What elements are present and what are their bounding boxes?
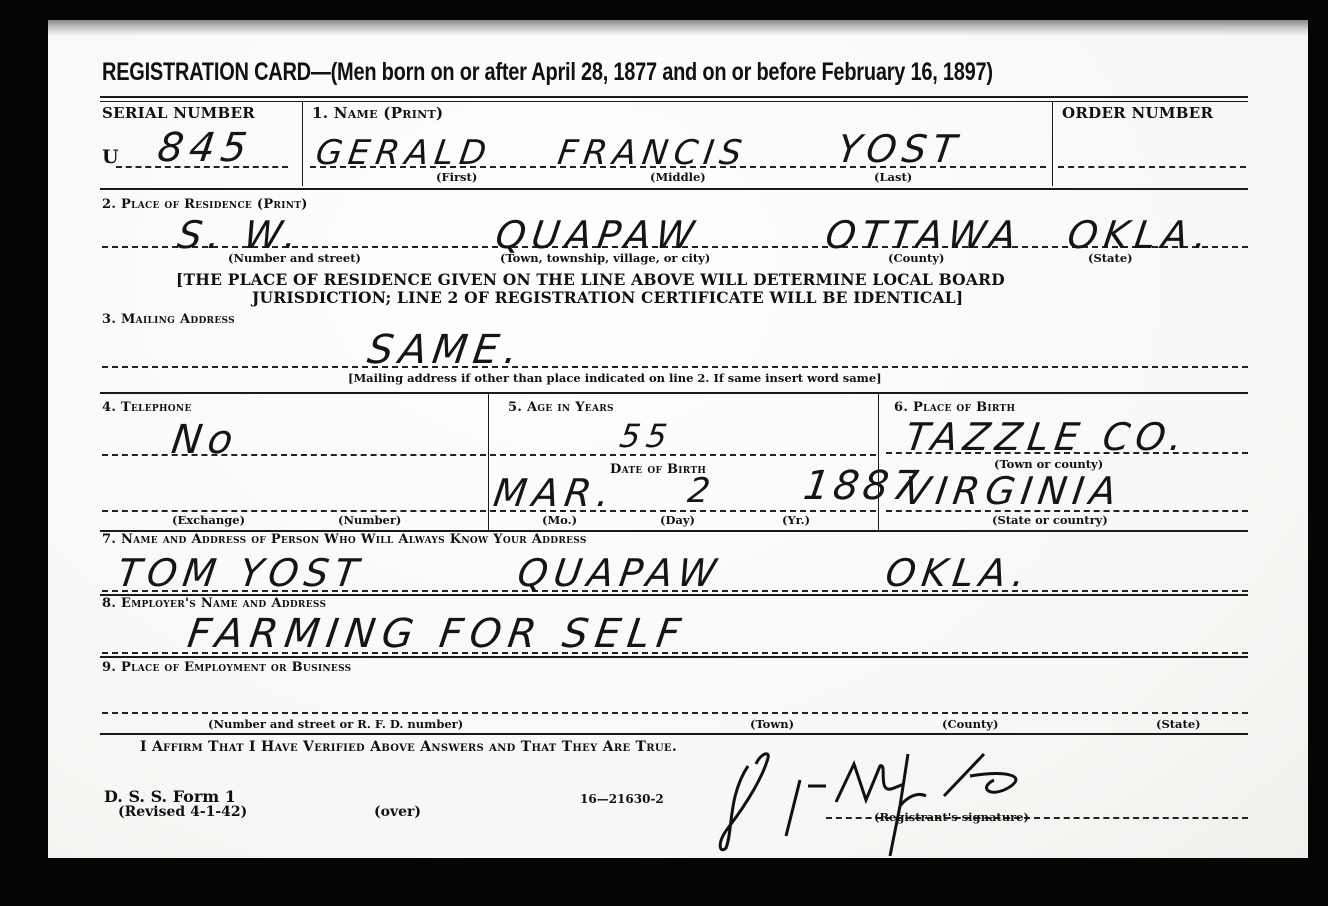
birthplace-state-caption: (State or country) [992, 513, 1108, 527]
last-caption: (Last) [874, 170, 912, 184]
residence-street-caption: (Number and street) [228, 251, 361, 265]
employment-county-caption: (County) [942, 717, 998, 731]
telephone-exchange-caption: (Exchange) [172, 513, 245, 527]
mailing-address-label: 3. Mailing Address [102, 312, 235, 327]
birthplace-state-value: VIRGINIA [901, 472, 1124, 510]
scan-shadow [48, 20, 1308, 36]
employment-place-label: 9. Place of Employment or Business [102, 660, 351, 675]
age-divider [878, 394, 879, 530]
signature-scrawl [708, 736, 1108, 856]
first-caption: (First) [436, 170, 477, 184]
serial-number-label: SERIAL NUMBER [102, 104, 255, 122]
age-line [490, 454, 876, 456]
residence-town-caption: (Town, township, village, or city) [500, 251, 710, 265]
birthplace-label: 6. Place of Birth [894, 400, 1015, 415]
telephone-value: No [169, 420, 241, 460]
contact-town-value: QUAPAW [515, 554, 724, 592]
mailing-address-caption: [Mailing address if other than place ind… [348, 371, 882, 385]
row1-rule [100, 188, 1248, 190]
residence-county-caption: (County) [888, 251, 944, 265]
employer-value: FARMING FOR SELF [185, 614, 689, 654]
employment-town-caption: (Town) [750, 717, 794, 731]
form-revised: (Revised 4-1-42) [118, 804, 247, 820]
last-name-value: YOST [835, 130, 964, 168]
employment-place-line [102, 712, 1248, 714]
row3-rule [100, 392, 1248, 394]
over-note: (over) [374, 804, 421, 820]
contact-state-value: OKLA. [883, 554, 1033, 592]
first-name-value: GERALD [314, 136, 495, 170]
mailing-address-line [102, 366, 1248, 368]
employer-label: 8. Employer's Name and Address [102, 596, 326, 611]
residence-label: 2. Place of Residence (Print) [102, 197, 308, 212]
dob-day-value: 2 [686, 474, 718, 508]
card-title: REGISTRATION CARD—(Men born on or after … [102, 58, 993, 87]
dob-month-value: MAR. [491, 474, 618, 512]
telephone-label: 4. Telephone [102, 400, 192, 415]
telephone-line-2 [102, 510, 486, 512]
registration-card: REGISTRATION CARD—(Men born on or after … [48, 20, 1308, 858]
employment-state-caption: (State) [1156, 717, 1201, 731]
age-value: 55 [618, 420, 675, 452]
mailing-address-value: SAME. [365, 330, 526, 370]
affirmation-text: I Affirm That I Have Verified Above Answ… [140, 739, 677, 755]
serial-prefix: U [102, 146, 119, 168]
employment-street-caption: (Number and street or R. F. D. number) [208, 717, 463, 731]
birthplace-town-value: TAZZLE CO. [903, 418, 1190, 456]
residence-notice-line1: [THE PLACE OF RESIDENCE GIVEN ON THE LIN… [176, 270, 1005, 289]
residence-state-caption: (State) [1088, 251, 1133, 265]
middle-name-value: FRANCIS [556, 136, 750, 170]
telephone-number-caption: (Number) [338, 513, 401, 527]
order-number-line [1058, 166, 1246, 168]
residence-notice-line2: JURISDICTION; LINE 2 OF REGISTRATION CER… [252, 288, 963, 307]
telephone-divider [488, 394, 489, 530]
print-code: 16—21630-2 [580, 792, 664, 806]
residence-town-value: QUAPAW [493, 216, 702, 254]
residence-street-value: S. W. [175, 216, 305, 254]
title-rule [100, 96, 1248, 98]
row8-rule [100, 656, 1248, 658]
serial-number-value: 845 [155, 128, 255, 168]
title-rule-2 [100, 101, 1248, 102]
row9-rule [100, 733, 1248, 735]
dob-month-caption: (Mo.) [542, 513, 577, 527]
serial-divider [302, 102, 303, 186]
telephone-line-1 [102, 454, 486, 456]
order-divider [1052, 102, 1053, 186]
contact-name-value: TOM YOST [115, 554, 366, 592]
dob-day-caption: (Day) [660, 513, 695, 527]
residence-state-value: OKLA. [1065, 216, 1215, 254]
middle-caption: (Middle) [650, 170, 706, 184]
signature-caption: (Registrant's signature) [874, 810, 1029, 824]
contact-label: 7. Name and Address of Person Who Will A… [102, 532, 587, 547]
order-number-label: ORDER NUMBER [1062, 104, 1213, 122]
name-label: 1. Name (Print) [312, 104, 443, 122]
dob-year-caption: (Yr.) [782, 513, 810, 527]
residence-county-value: OTTAWA [823, 216, 1024, 254]
age-label: 5. Age in Years [508, 400, 614, 415]
